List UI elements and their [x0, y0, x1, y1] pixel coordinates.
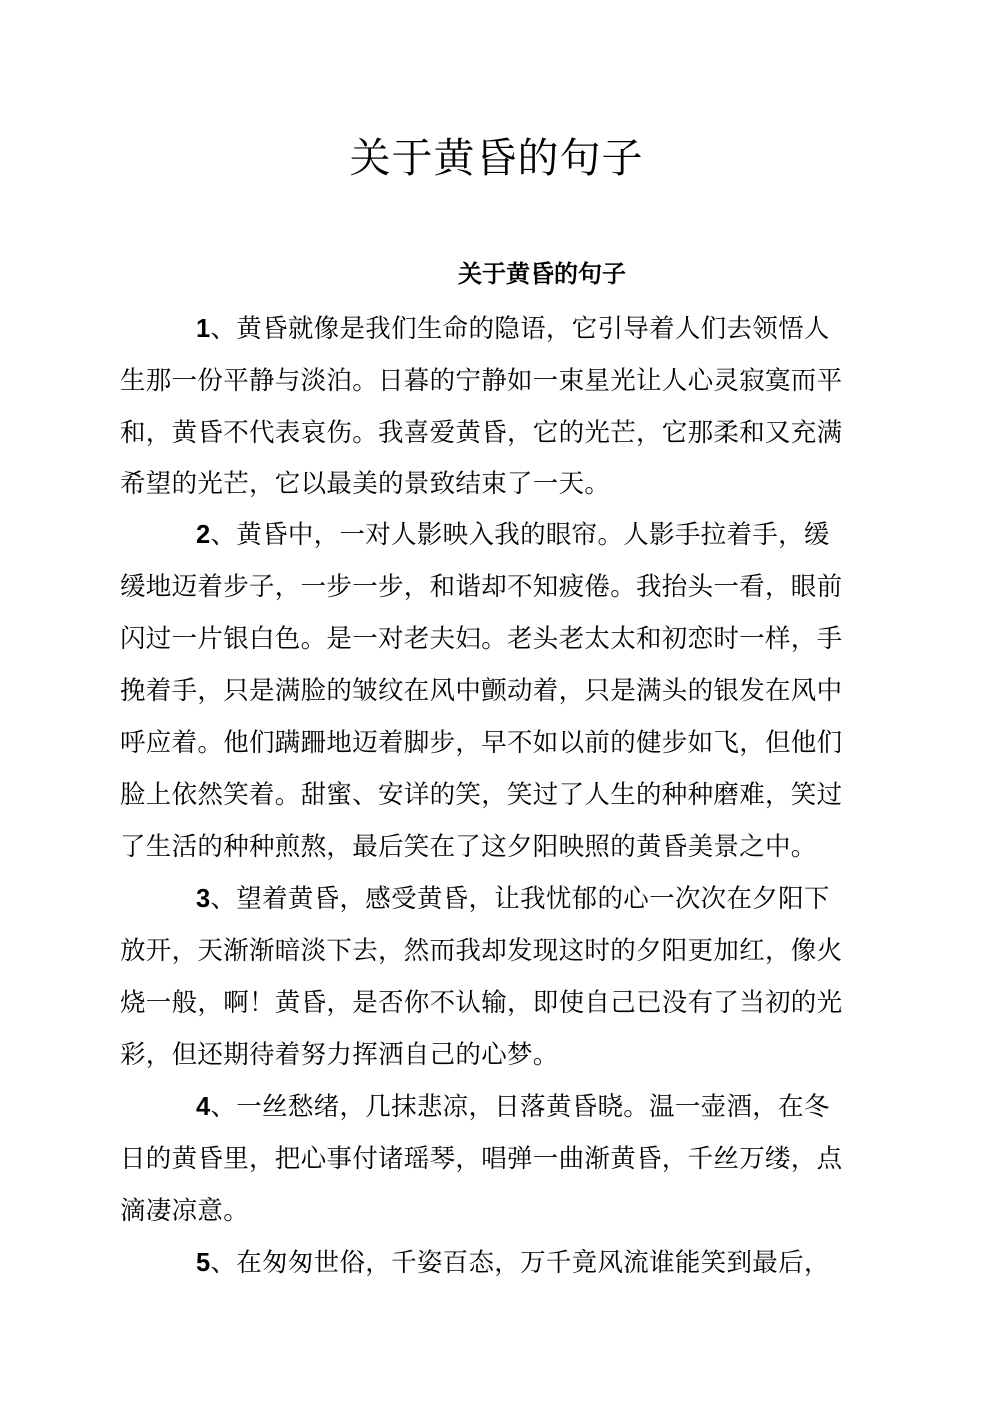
paragraph-line: 烧一般，啊！黄昏，是否你不认输，即使自己已没有了当初的光: [120, 986, 842, 1020]
paragraph-line: 1、黄昏就像是我们生命的隐语，它引导着人们去领悟人: [196, 312, 830, 346]
paragraph-line: 滴凄凉意。: [120, 1194, 249, 1228]
paragraph-line: 和，黄昏不代表哀伤。我喜爱黄昏，它的光芒，它那柔和又充满: [120, 416, 842, 450]
page-title: 关于黄昏的句子: [0, 132, 993, 184]
paragraph-line: 挽着手，只是满脸的皱纹在风中颤动着，只是满头的银发在风中: [120, 674, 842, 708]
line-text: 、在匆匆世俗，千姿百态，万千竟风流谁能笑到最后，: [210, 1248, 829, 1278]
line-text: 、黄昏中，一对人影映入我的眼帘。人影手拉着手，缓: [210, 520, 829, 550]
paragraph-number: 3: [196, 885, 210, 913]
paragraph-line: 4、一丝愁绪，几抹悲凉，日落黄昏晓。温一壶酒，在冬: [196, 1090, 830, 1124]
section-subtitle: 关于黄昏的句子: [458, 257, 626, 291]
paragraph-line: 希望的光芒，它以最美的景致结束了一天。: [120, 467, 610, 501]
document-page: 关于黄昏的句子 关于黄昏的句子 1、黄昏就像是我们生命的隐语，它引导着人们去领悟…: [0, 0, 993, 1404]
paragraph-line: 了生活的种种煎熬，最后笑在了这夕阳映照的黄昏美景之中。: [120, 830, 817, 864]
paragraph-line: 脸上依然笑着。甜蜜、安详的笑，笑过了人生的种种磨难，笑过: [120, 778, 842, 812]
paragraph-line: 5、在匆匆世俗，千姿百态，万千竟风流谁能笑到最后，: [196, 1246, 830, 1280]
paragraph-number: 2: [196, 521, 210, 549]
line-text: 、望着黄昏，感受黄昏，让我忧郁的心一次次在夕阳下: [210, 884, 829, 914]
paragraph-number: 1: [196, 315, 210, 343]
paragraph-line: 彩，但还期待着努力挥洒自己的心梦。: [120, 1038, 559, 1072]
paragraph-line: 生那一份平静与淡泊。日暮的宁静如一束星光让人心灵寂寞而平: [120, 364, 842, 398]
paragraph-line: 缓地迈着步子，一步一步，和谐却不知疲倦。我抬头一看，眼前: [120, 570, 842, 604]
paragraph-line: 放开，天渐渐暗淡下去，然而我却发现这时的夕阳更加红，像火: [120, 934, 842, 968]
paragraph-line: 3、望着黄昏，感受黄昏，让我忧郁的心一次次在夕阳下: [196, 882, 830, 916]
paragraph-number: 4: [196, 1093, 210, 1121]
paragraph-line: 闪过一片银白色。是一对老夫妇。老头老太太和初恋时一样，手: [120, 622, 842, 656]
paragraph-number: 5: [196, 1249, 210, 1277]
line-text: 、一丝愁绪，几抹悲凉，日落黄昏晓。温一壶酒，在冬: [210, 1092, 829, 1122]
paragraph-line: 呼应着。他们蹒跚地迈着脚步，早不如以前的健步如飞，但他们: [120, 726, 842, 760]
paragraph-line: 2、黄昏中，一对人影映入我的眼帘。人影手拉着手，缓: [196, 518, 830, 552]
paragraph-line: 日的黄昏里，把心事付诸瑶琴，唱弹一曲渐黄昏，千丝万缕，点: [120, 1142, 842, 1176]
line-text: 、黄昏就像是我们生命的隐语，它引导着人们去领悟人: [210, 314, 829, 344]
